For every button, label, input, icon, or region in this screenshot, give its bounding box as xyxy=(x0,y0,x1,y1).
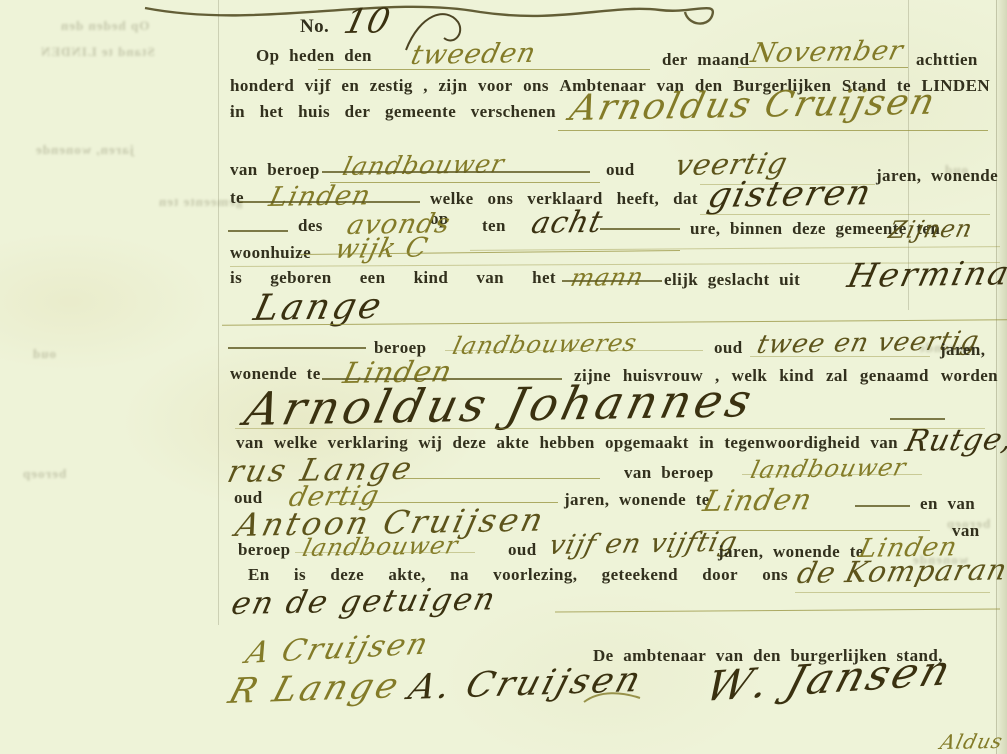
rule-line xyxy=(235,428,985,429)
form-text: jaren, wonende xyxy=(876,166,998,186)
bleedthrough-fragment: beroep xyxy=(22,466,66,482)
entry-residence-declarant: Linden xyxy=(266,180,374,213)
fold-crease-left xyxy=(218,0,219,625)
form-text: beroep xyxy=(238,540,290,560)
bleedthrough-fragment: oud xyxy=(32,346,56,362)
corner-note: Aldus xyxy=(938,729,1006,754)
form-text: te xyxy=(230,188,244,208)
entry-day: tweeden xyxy=(408,38,539,71)
strike-line xyxy=(240,201,420,203)
strike-line xyxy=(562,280,662,282)
strike-line xyxy=(295,552,475,553)
bleedthrough-fragment: Stand te LINDEN xyxy=(40,44,155,60)
form-text: van beroep xyxy=(230,160,320,180)
rule-line xyxy=(228,230,288,232)
entry-declarant-name: Arnoldus Cruijsen xyxy=(566,82,940,129)
entry-age-witness2: vijf en vijftig xyxy=(546,527,741,561)
form-text: oud xyxy=(508,540,537,560)
form-text: is geboren een kind van het xyxy=(230,268,556,288)
entry-witness1-name-part1: Rutge, xyxy=(902,422,1007,459)
entry-signed-by: de Komparant xyxy=(794,552,1007,590)
entry-house: wijk C xyxy=(332,232,431,265)
form-text: Op heden den xyxy=(256,46,372,66)
entry-mother-firstname: Hermina xyxy=(844,253,1007,295)
form-text: elijk geslacht uit xyxy=(664,270,800,290)
act-number-value: 10 xyxy=(340,1,395,42)
rule-line xyxy=(855,505,910,507)
rule-line xyxy=(400,478,600,479)
strike-line xyxy=(742,474,922,475)
signature-declarant: A Cruijsen xyxy=(242,627,434,671)
entry-occupation-witness2: landbouwer xyxy=(300,531,461,562)
entry-signed-by-2: en de getuigen xyxy=(228,581,500,622)
rule-line xyxy=(555,608,1000,612)
form-text: En is deze akte, na voorlezing, geteeken… xyxy=(248,565,788,585)
form-text: oud xyxy=(714,338,743,358)
entry-gender: mann xyxy=(568,263,647,292)
rule-line xyxy=(795,592,990,593)
form-text: oud xyxy=(606,160,635,180)
entry-child-name: Arnoldus Johannes xyxy=(240,373,760,436)
bleedthrough-fragment: jaren, wonende xyxy=(35,142,134,158)
entry-birth-day: gisteren xyxy=(704,173,876,216)
form-text: des xyxy=(298,216,323,236)
entry-occupation-declarant: landbouwer xyxy=(340,149,508,181)
form-text: woonhuize xyxy=(230,243,311,263)
entry-hour: acht xyxy=(528,205,606,241)
form-text: achttien xyxy=(916,50,978,70)
entry-mother-lastname: Lange xyxy=(250,286,388,329)
form-text: en van xyxy=(920,494,975,514)
rule-line xyxy=(738,67,908,68)
form-text: der maand xyxy=(662,50,749,70)
form-text: jaren, xyxy=(940,340,985,360)
rule-line xyxy=(470,246,1000,251)
rule-line xyxy=(558,130,988,131)
strike-line xyxy=(322,171,590,173)
rule-line xyxy=(890,418,945,420)
entry-month: November xyxy=(748,35,907,69)
form-text: in het huis der gemeente verschenen xyxy=(230,102,556,122)
act-number-label: No. xyxy=(300,16,329,38)
rule-line xyxy=(318,69,650,70)
rule-line xyxy=(600,228,680,230)
document-page: Op heden den Stand te LINDEN jaren, wone… xyxy=(0,0,1007,754)
bleedthrough-fragment: Op heden den xyxy=(60,18,149,34)
form-text: ten xyxy=(482,216,506,236)
entry-residence-witness1: Linden xyxy=(700,482,816,518)
rule-line xyxy=(750,356,930,357)
form-text: van welke verklaring wij deze akte hebbe… xyxy=(236,433,898,453)
entry-occupation-mother: landbouweres xyxy=(450,329,640,360)
signature-witness2: A. Cruijsen xyxy=(404,660,648,708)
form-text: van beroep xyxy=(624,463,714,483)
entry-occupation-witness1: landbouwer xyxy=(748,453,909,484)
form-text: jaren, wonende te xyxy=(564,490,710,510)
signature-witness1: R Lange xyxy=(224,666,406,712)
rule-line xyxy=(228,347,366,349)
strike-line xyxy=(445,350,703,351)
entry-whose-house: Zijnen xyxy=(886,215,976,244)
